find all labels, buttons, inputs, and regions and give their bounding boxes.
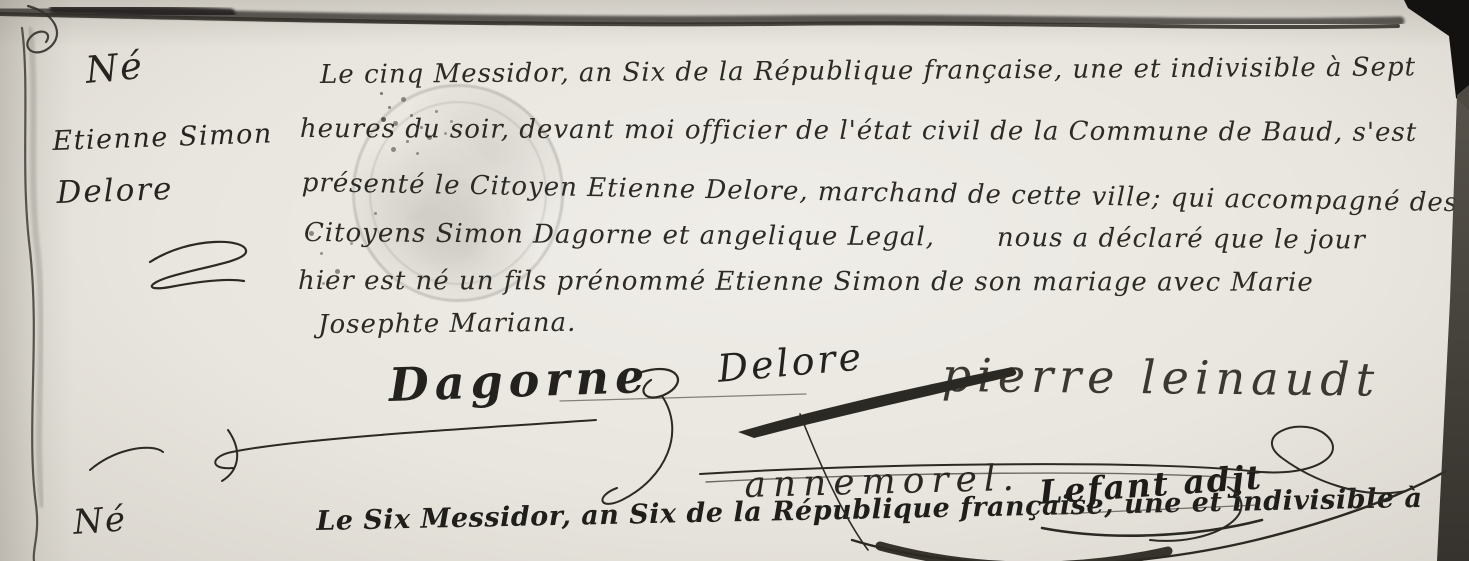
flourish-boat-thick: [880, 546, 1168, 561]
lefant-underline: [1042, 520, 1262, 536]
flourish-sweep-left: [215, 420, 596, 468]
flourish-hook-a: [222, 430, 237, 481]
left-fold-shadow: [30, 30, 42, 505]
ink-speckles: [380, 92, 383, 95]
top-edge-smudge: [0, 10, 1400, 23]
dagorne-paraph-b: [602, 396, 672, 504]
margin-status-ne-1: Né: [84, 47, 145, 89]
record1-line-4: Citoyens Simon Dagorne et angelique Lega…: [304, 220, 1366, 253]
top-edge-dark-left: [55, 8, 230, 14]
record1-line-1: Le cinq Messidor, an Six de la Républiqu…: [320, 54, 1416, 88]
record1-line-5: hier est né un fils prénommé Etienne Sim…: [298, 268, 1314, 296]
margin-paraph: [150, 242, 246, 288]
margin-name-line-1: Etienne Simon: [52, 120, 273, 155]
signature-delore: Delore: [716, 337, 865, 388]
signature-dagorne: Dagorne: [388, 353, 651, 408]
left-corner-curl: [27, 6, 57, 52]
record1-line-2: heures du soir, devant moi officier de l…: [300, 116, 1417, 146]
record1-line-4-part-b: nous a déclaré que le jour: [997, 225, 1366, 254]
flourish-hook-b: [90, 448, 163, 470]
record1-line-4-part-a: Citoyens Simon Dagorne et angelique Lega…: [304, 220, 935, 250]
left-fold-crease: [22, 28, 37, 561]
top-edge-line: [0, 14, 1398, 27]
record1-line-6: Josephte Mariana.: [318, 310, 576, 338]
margin-name-line-2: Delore: [56, 174, 174, 209]
document-scan: Né Etienne Simon Delore Le cinq Messidor…: [0, 0, 1469, 561]
signature-pierre-leinaudt: pierre leinaudt: [942, 352, 1381, 403]
margin-status-ne-2: Né: [72, 502, 128, 540]
